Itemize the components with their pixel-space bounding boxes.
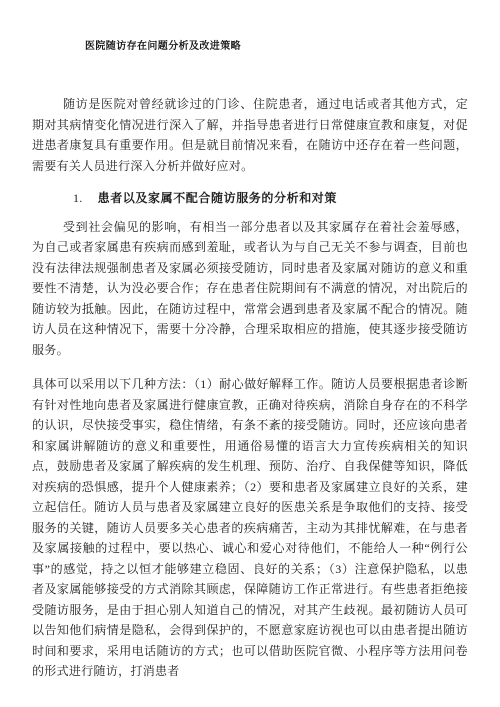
section-paragraph-methods: 具体可以采用以下几种方法：（1）耐心做好解释工作。随访人员要根据患者诊断有针对性… (32, 374, 468, 682)
section-heading: 1. 患者以及家属不配合随访服务的分析和对策 (73, 188, 468, 209)
section-paragraph-analysis: 受到社会偏见的影响，有相当一部分患者以及其家属存在着社会羞辱感，为自己或者家属患… (32, 217, 468, 361)
document-title: 医院随访存在问题分析及改进策略 (85, 40, 468, 54)
document-page: 医院随访存在问题分析及改进策略 随访是医院对曾经就诊过的门诊、住院患者，通过电话… (0, 0, 500, 707)
intro-paragraph: 随访是医院对曾经就诊过的门诊、住院患者，通过电话或者其他方式，定期对其病情变化情… (32, 94, 468, 176)
section-title: 患者以及家属不配合随访服务的分析和对策 (98, 188, 337, 209)
section-number: 1. (73, 188, 83, 209)
